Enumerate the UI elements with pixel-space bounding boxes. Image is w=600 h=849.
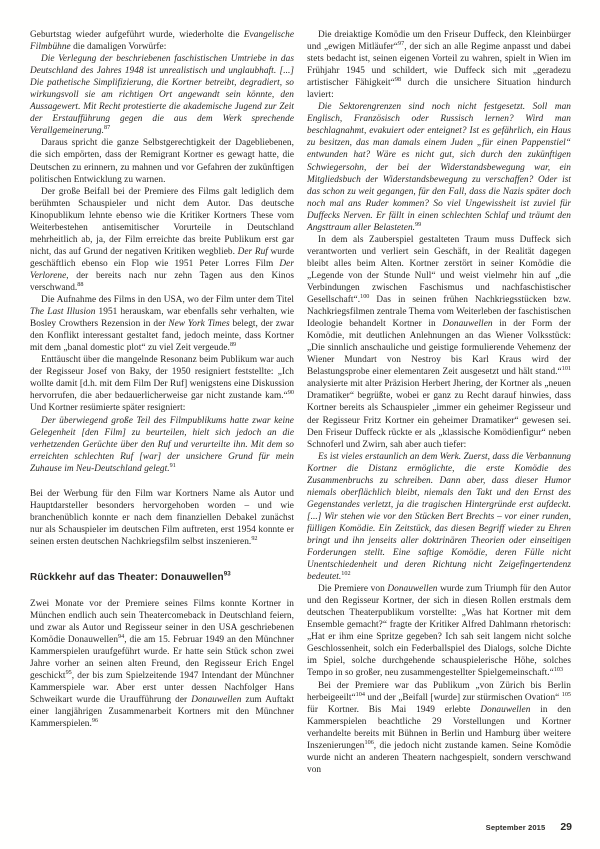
footnote-reference: 92 bbox=[251, 535, 257, 542]
italic-text: The Last Illusion bbox=[30, 307, 95, 317]
footnote-reference: 106 bbox=[365, 739, 374, 746]
block-quote: Die Sektorengrenzen sind noch nicht fest… bbox=[307, 101, 571, 234]
footnote-reference: 104 bbox=[356, 690, 365, 697]
footnote-reference: 101 bbox=[562, 365, 571, 372]
body-paragraph: Zwei Monate vor der Premiere seines Film… bbox=[30, 598, 294, 731]
body-paragraph: In dem als Zauberspiel gestalteten Traum… bbox=[307, 234, 571, 451]
footnote-reference: 103 bbox=[554, 666, 563, 673]
footnote-reference: 91 bbox=[170, 462, 176, 469]
italic-text: Donauwellen bbox=[387, 584, 437, 594]
italic-text: Der Ruf bbox=[238, 247, 268, 257]
footnote-reference: 102 bbox=[341, 570, 350, 577]
footnote-reference: 96 bbox=[92, 717, 98, 724]
italic-text: Der überwiegend große Teil des Filmpubli… bbox=[30, 416, 294, 474]
body-paragraph: Geburtstag wieder aufgeführt wurde, wied… bbox=[30, 29, 294, 53]
italic-text: Der Verlorene bbox=[30, 259, 294, 281]
footnote-reference: 99 bbox=[415, 221, 421, 228]
footnote-reference: 89 bbox=[230, 341, 236, 348]
left-text-column: Geburtstag wieder aufgeführt wurde, wied… bbox=[30, 29, 294, 731]
footnote-reference: 94 bbox=[118, 633, 124, 640]
footnote-reference: 93 bbox=[224, 571, 231, 578]
block-quote: Der überwiegend große Teil des Filmpubli… bbox=[30, 415, 294, 475]
right-text-column: Die dreiaktige Komödie um den Friseur Du… bbox=[307, 29, 571, 776]
italic-text: Die Verlegung der beschriebenen faschist… bbox=[30, 54, 294, 136]
italic-text: Es ist vieles erstaunlich an dem Werk. Z… bbox=[307, 452, 571, 582]
body-paragraph: Die Premiere von Donauwellen wurde zum T… bbox=[307, 583, 571, 679]
italic-text: New York Times bbox=[168, 319, 229, 329]
footer-issue-date: September 2015 bbox=[486, 823, 546, 832]
body-paragraph: Bei der Premiere war das Publikum „von Z… bbox=[307, 680, 571, 776]
footnote-reference: 105 bbox=[562, 690, 571, 697]
body-paragraph: Die dreiaktige Komödie um den Friseur Du… bbox=[307, 29, 571, 101]
body-paragraph: Daraus spricht die ganze Selbstgerechtig… bbox=[30, 137, 294, 185]
section-heading: Rückkehr auf das Theater: Donauwellen93 bbox=[30, 572, 294, 584]
footnote-reference: 90 bbox=[288, 389, 294, 396]
italic-text: Donauwellen bbox=[191, 695, 241, 705]
footnote-reference: 95 bbox=[66, 669, 72, 676]
block-quote: Es ist vieles erstaunlich an dem Werk. Z… bbox=[307, 451, 571, 584]
block-quote: Die Verlegung der beschriebenen faschist… bbox=[30, 53, 294, 137]
body-paragraph: Der große Beifall bei der Premiere des F… bbox=[30, 186, 294, 294]
body-paragraph: Die Aufnahme des Films in den USA, wo de… bbox=[30, 294, 294, 354]
footnote-reference: 100 bbox=[360, 293, 369, 300]
footnote-reference: 97 bbox=[398, 40, 404, 47]
italic-text: Evangelische Filmbühne bbox=[30, 30, 294, 52]
italic-text: Die Sektorengrenzen sind noch nicht fest… bbox=[307, 102, 571, 232]
body-paragraph: Enttäuscht über die mangelnde Resonanz b… bbox=[30, 354, 294, 414]
italic-text: Donauwellen bbox=[480, 705, 530, 715]
footnote-reference: 88 bbox=[77, 281, 83, 288]
italic-text: Donauwellen bbox=[442, 319, 492, 329]
document-page: Geburtstag wieder aufgeführt wurde, wied… bbox=[0, 0, 600, 849]
footer-page-number: 29 bbox=[560, 821, 572, 833]
footnote-reference: 87 bbox=[104, 124, 110, 131]
footnote-reference: 98 bbox=[395, 76, 401, 83]
page-footer: September 2015 29 bbox=[486, 821, 572, 833]
body-paragraph: Bei der Werbung für den Film war Kortner… bbox=[30, 488, 294, 548]
